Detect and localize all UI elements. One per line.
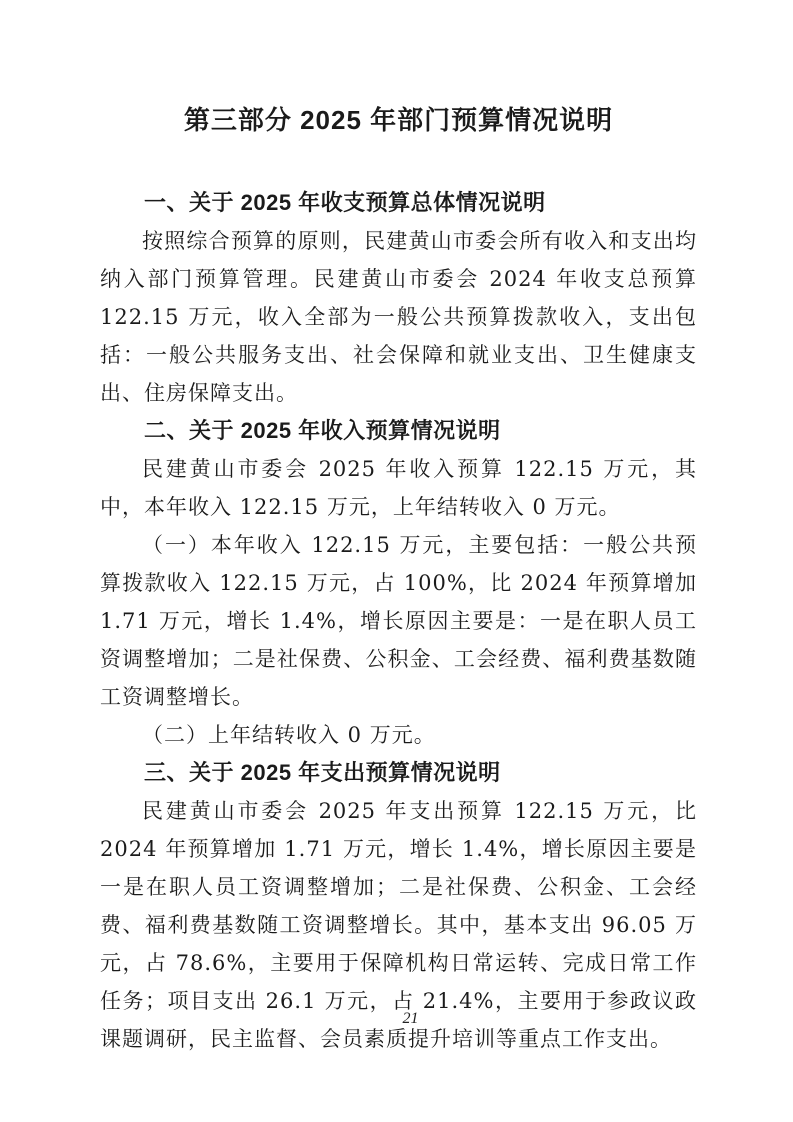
paragraph: （一）本年收入 122.15 万元，主要包括：一般公共预算拨款收入 122.15… xyxy=(100,526,697,716)
paragraph: （二）上年结转收入 0 万元。 xyxy=(100,716,697,754)
page-number: 21 xyxy=(14,1010,793,1028)
document-page: 第三部分 2025 年部门预算情况说明 一、关于 2025 年收支预算总体情况说… xyxy=(0,0,793,1122)
paragraph: 按照综合预算的原则，民建黄山市委会所有收入和支出均纳入部门预算管理。民建黄山市委… xyxy=(100,222,697,412)
document-title: 第三部分 2025 年部门预算情况说明 xyxy=(100,0,697,138)
document-content: 第三部分 2025 年部门预算情况说明 一、关于 2025 年收支预算总体情况说… xyxy=(100,0,697,1058)
section-heading-income: 二、关于 2025 年收入预算情况说明 xyxy=(100,412,697,450)
paragraph: 民建黄山市委会 2025 年收入预算 122.15 万元，其中，本年收入 122… xyxy=(100,450,697,526)
section-heading-expenditure: 三、关于 2025 年支出预算情况说明 xyxy=(100,754,697,792)
section-heading-overview: 一、关于 2025 年收支预算总体情况说明 xyxy=(100,184,697,222)
